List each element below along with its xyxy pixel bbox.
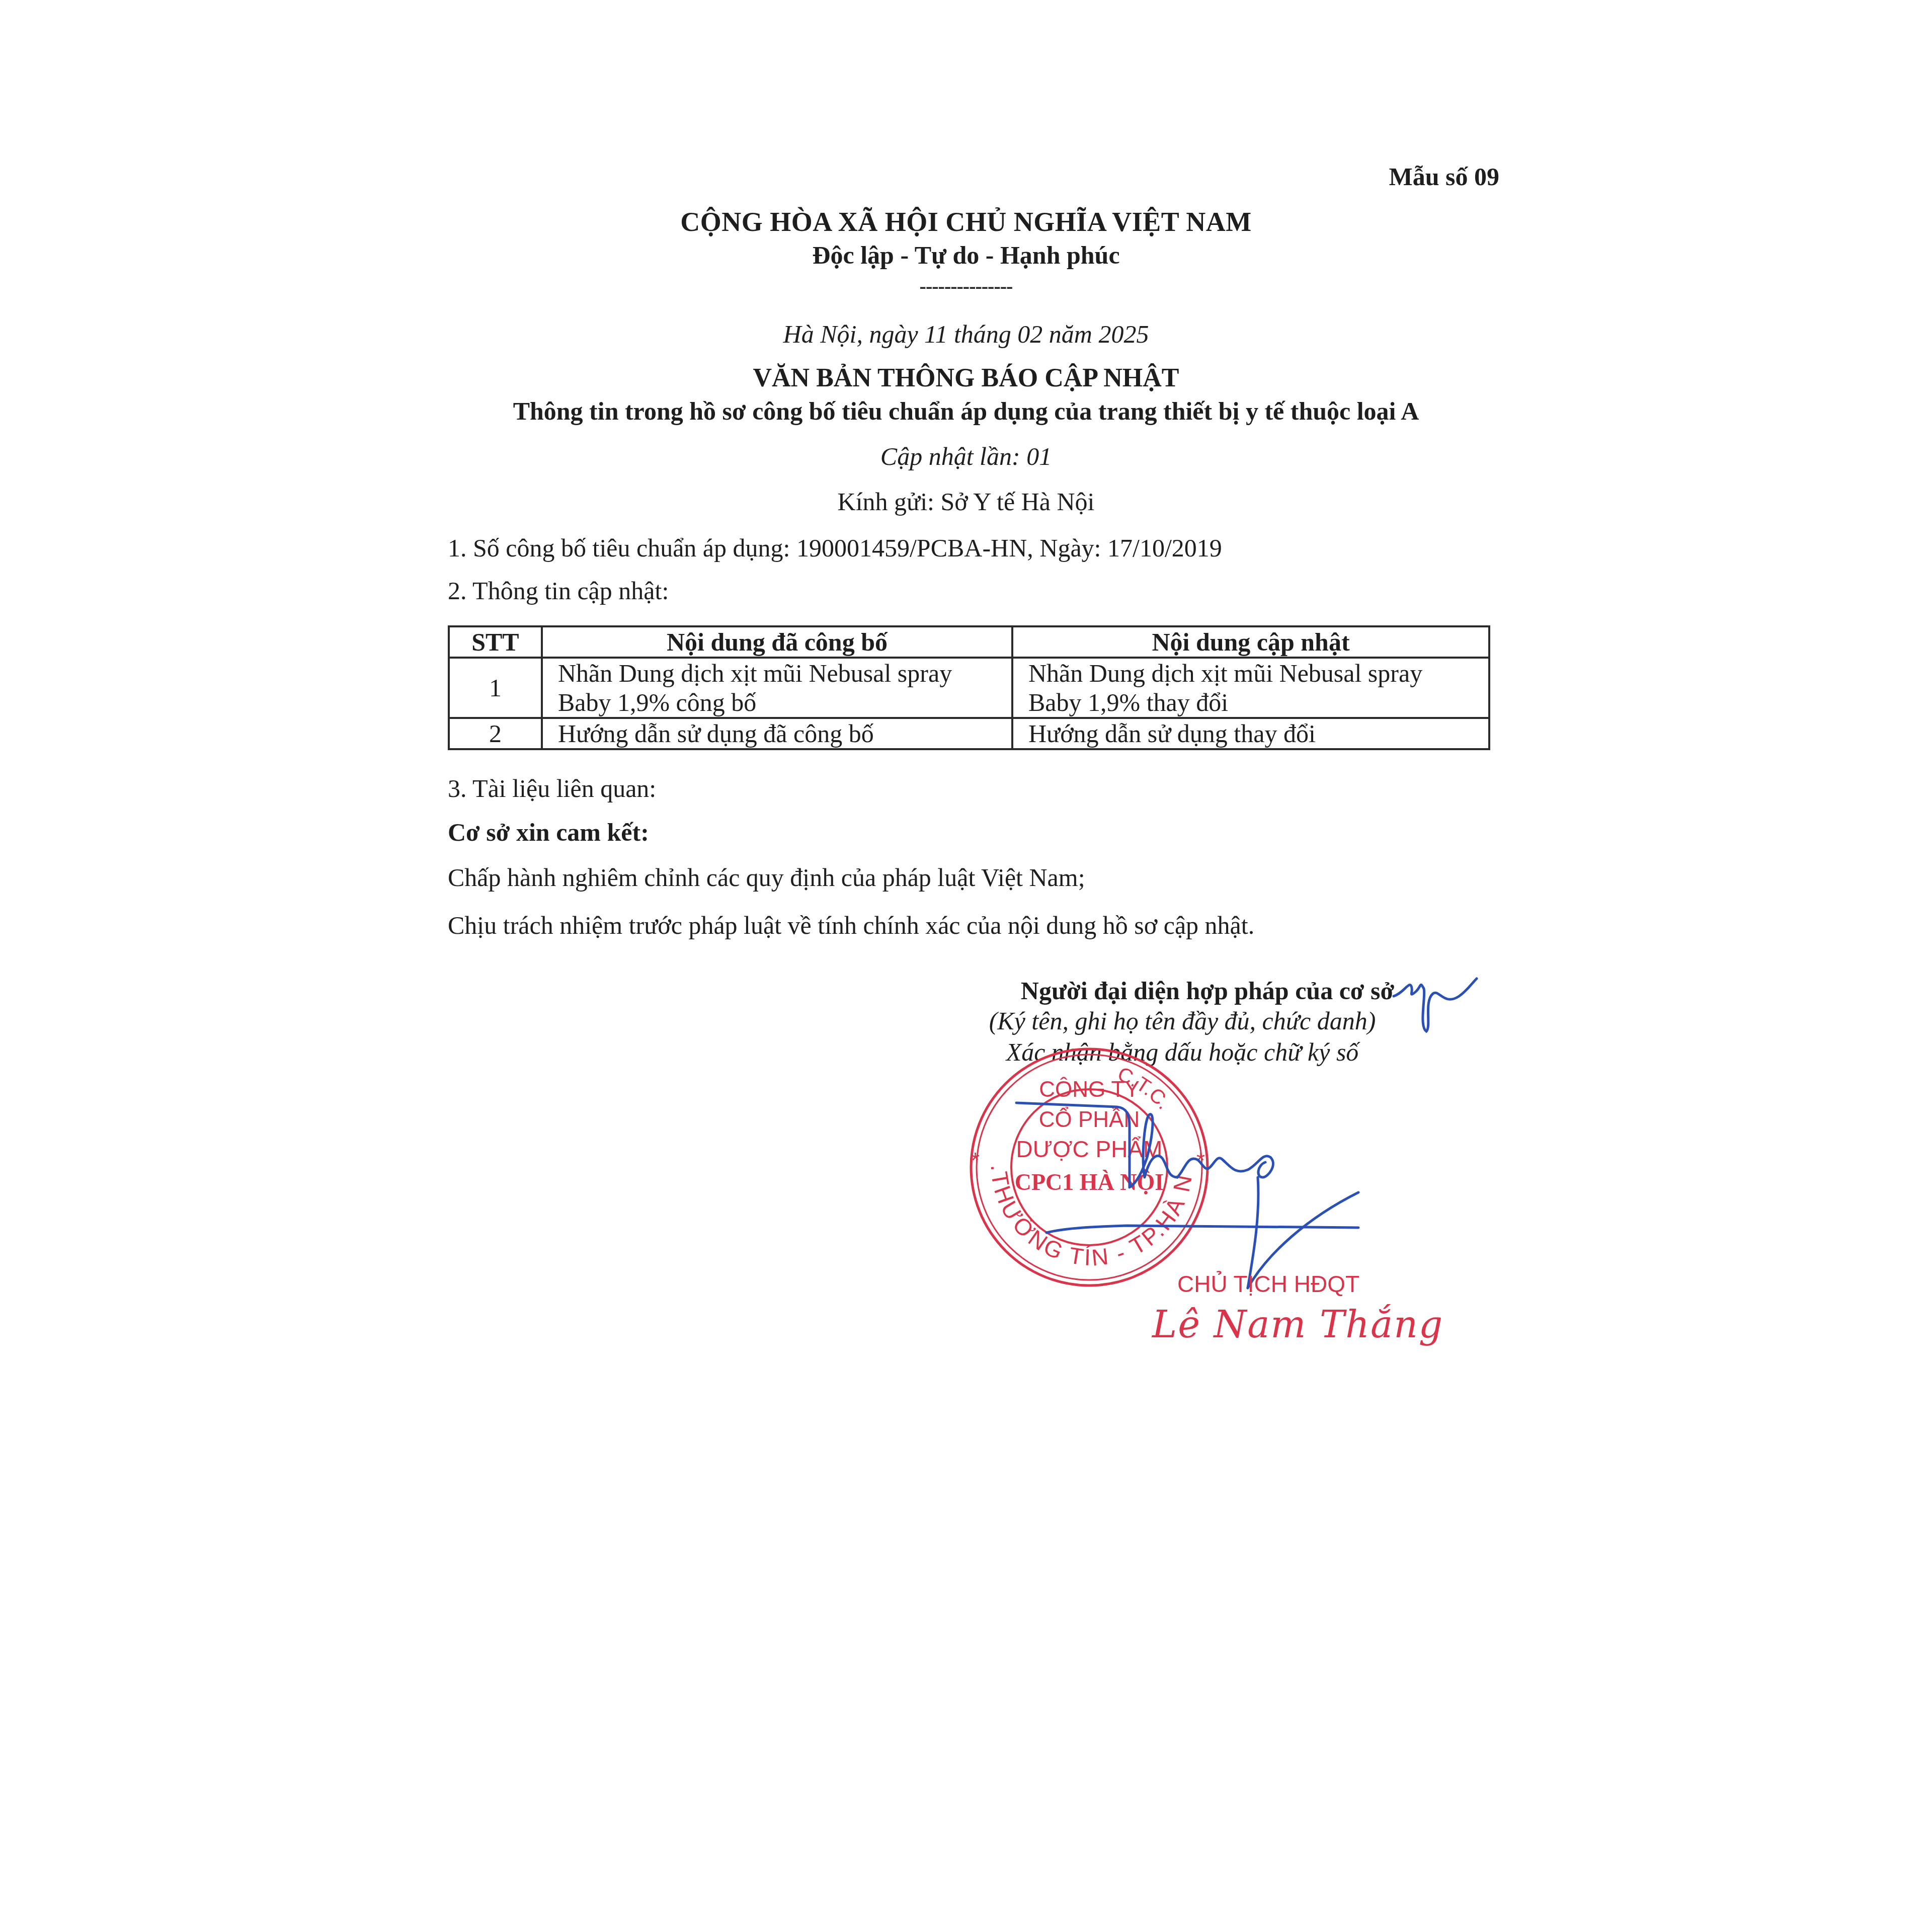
place-and-date: Hà Nội, ngày 11 tháng 02 năm 2025 (0, 319, 1932, 349)
document-title: VĂN BẢN THÔNG BÁO CẬP NHẬT (0, 363, 1932, 393)
document-subtitle: Thông tin trong hồ sơ công bố tiêu chuẩn… (0, 396, 1932, 426)
table-row: 1 Nhãn Dung dịch xịt mũi Nebusal sprayBa… (449, 658, 1489, 718)
commitment-line: Chịu trách nhiệm trước pháp luật về tính… (448, 911, 1254, 940)
signer-position: CHỦ TỊCH HĐQT (1177, 1270, 1359, 1298)
table-row: 2 Hướng dẫn sử dụng đã công bố Hướng dẫn… (449, 718, 1489, 749)
header-published-content: Nội dung đã công bố (542, 626, 1012, 658)
header-stt: STT (449, 626, 542, 658)
row-updated: Hướng dẫn sử dụng thay đổi (1012, 718, 1489, 749)
announcement-number-item: 1. Số công bố tiêu chuẩn áp dụng: 190001… (448, 533, 1222, 562)
row-stt: 2 (449, 718, 542, 749)
commitment-heading: Cơ sở xin cam kết: (448, 818, 649, 847)
update-number: Cập nhật lần: 01 (0, 442, 1932, 471)
stamp-star-left: * (971, 1149, 980, 1173)
recipient: Kính gửi: Sở Y tế Hà Nội (0, 487, 1932, 516)
stamp-line-3: DƯỢC PHẨM (1016, 1136, 1163, 1162)
header-updated-content: Nội dung cập nhật (1012, 626, 1489, 658)
signer-name: Lê Nam Thắng (1152, 1303, 1443, 1346)
table-header-row: STT Nội dung đã công bố Nội dung cập nhậ… (449, 626, 1489, 658)
national-motto: Độc lập - Tự do - Hạnh phúc (0, 240, 1932, 270)
row-stt: 1 (449, 658, 542, 718)
row-published: Nhãn Dung dịch xịt mũi Nebusal sprayBaby… (542, 658, 1012, 718)
form-number: Mẫu số 09 (1358, 162, 1499, 191)
row-updated: Nhãn Dung dịch xịt mũi Nebusal sprayBaby… (1012, 658, 1489, 718)
nation-heading: CỘNG HÒA XÃ HỘI CHỦ NGHĨA VIỆT NAM (0, 206, 1932, 237)
commitment-line: Chấp hành nghiêm chỉnh các quy định của … (448, 863, 1085, 892)
row-published: Hướng dẫn sử dụng đã công bố (542, 718, 1012, 749)
update-info-item: 2. Thông tin cập nhật: (448, 576, 669, 605)
update-table: STT Nội dung đã công bố Nội dung cập nhậ… (448, 625, 1490, 750)
related-documents-item: 3. Tài liệu liên quan: (448, 774, 656, 803)
header-divider: --------------- (0, 274, 1932, 298)
